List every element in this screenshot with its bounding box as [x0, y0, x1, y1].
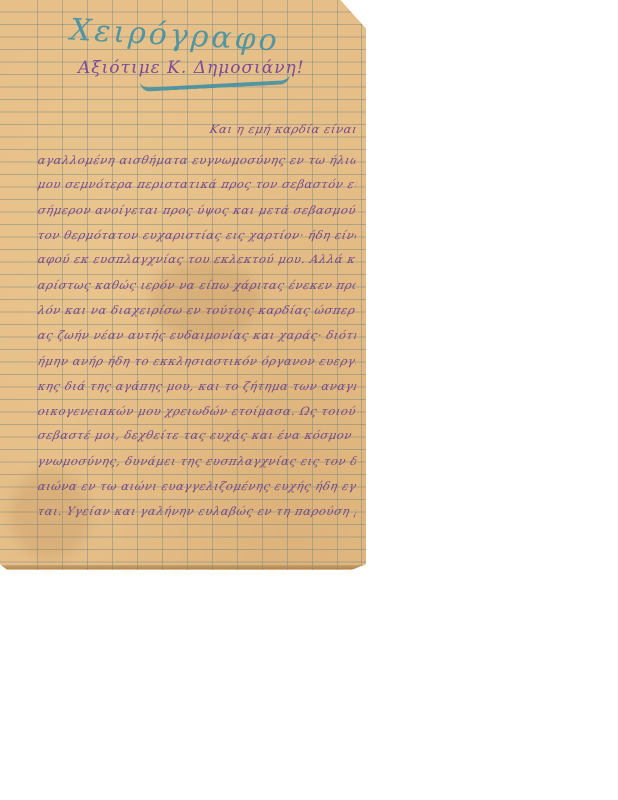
letter-line: αγαλλομένη αισθήματα ευγνωμοσύνης εν τω …: [37, 153, 358, 167]
letter-line: αιώνα εν τω αιώνι ευαγγελιζομένης ευχής …: [37, 479, 358, 493]
letter-line: μου σεμνότερα περιστατικά προς τον σεβασ…: [37, 177, 358, 191]
letter-line: κης διά της αγάπης μου, και το ζήτημα τω…: [37, 379, 358, 393]
letter-line: οικογενειακών μου χρειωδών ετοίμασα. Ως …: [37, 404, 358, 418]
letter-line: σεβαστέ μοι, δεχθείτε τας ευχάς και ένα …: [37, 428, 358, 442]
letter-line: ας ζωήν νέαν αυτής ευδαιμονίας και χαράς…: [37, 328, 358, 342]
letter-line: αρίστως καθώς ιερόν να είπω χάριτας ένεκ…: [37, 278, 358, 292]
letter-line: σήμερον ανοίγεται προς ύψος και μετά σεβ…: [37, 203, 358, 217]
letter-line: ήμην ανήρ ήδη το εκκλησιαστικόν όργανον …: [37, 354, 358, 368]
letter-line: τον θερμότατον ευχαριστίας εις χαρτίον· …: [37, 228, 358, 242]
letter-line: ται. Υγείαν και γαλήνην ευλαβώς εν τη πα…: [37, 504, 358, 518]
letter-line: γνωμοσύνης, δυνάμει της ευσπλαγχνίας εις…: [37, 454, 358, 468]
letter-page: Χειρόγραφο Αξιότιμε Κ. Δημοσιάνη! Και η …: [0, 0, 366, 570]
letter-line: Και η εμή καρδία είναι: [209, 122, 362, 136]
letter-line: λόν και να διαχειρίσω εν τούτοις καρδίας…: [37, 303, 358, 317]
page-edge: [0, 565, 366, 569]
letter-line: αφού εκ ευσπλαγχνίας του εκλεκτού μου. Α…: [37, 252, 358, 266]
